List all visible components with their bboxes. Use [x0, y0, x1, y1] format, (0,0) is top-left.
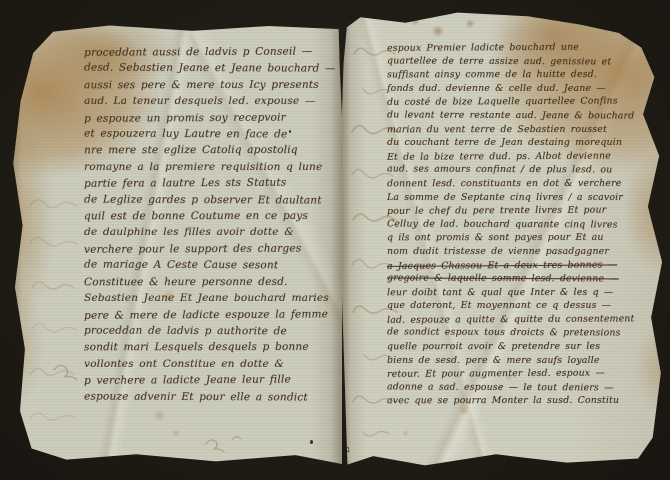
manuscript-page-left: proceddant aussi de ladvis p Conseil — d… — [10, 22, 342, 464]
handwritten-line: du costé de bize Laquelle quartellee Con… — [387, 95, 659, 110]
handwritten-line: sondit mari Lesquels desquels p bonne — [84, 339, 334, 356]
handwritten-line: p verchere a ladicte Jeane leur fille — [84, 371, 334, 389]
handwritten-line: avec que se pourra Monter la susd. Const… — [387, 394, 659, 408]
handwritten-line: aud. ses amours confinat / de plus lesd.… — [387, 163, 659, 178]
handwritten-line: et espouzera luy Lautre en face de — [84, 125, 334, 142]
handwritten-line: marian du vent terre de Sebastien rousse… — [387, 122, 659, 136]
handwritten-line: quelle pourroit avoir & pretendre sur le… — [387, 340, 659, 354]
handwritten-line: espouze advenir Et pour elle a sondict — [84, 388, 334, 405]
handwritten-line: Sebastien Jeane Et Jeane bouchard maries — [84, 290, 334, 306]
handwritten-line: nom dudit tristesse de vienne pasadgagne… — [387, 245, 659, 259]
handwritten-line: partie fera a lautre Les sts Statuts — [84, 174, 334, 192]
manuscript-scan-backdrop: proceddant aussi de ladvis p Conseil — d… — [0, 0, 670, 480]
handwritten-line: leur doibt tant & qual que Inter & les q… — [387, 285, 659, 299]
handwritten-line: q ils ont promis & sont payes pour Et au — [387, 231, 659, 245]
handwriting-right: espoux Premier ladicte bouchard une quar… — [387, 41, 659, 408]
handwritten-line: aussi ses pere & mere tous Icy presents — [84, 77, 334, 94]
handwritten-line: verchere pour le support des charges — [84, 240, 334, 258]
handwritten-line: retour. Et pour augmenter lesd. espoux — — [387, 366, 659, 381]
handwritten-line: La somme de Septante cinq livres / a sca… — [387, 191, 659, 205]
handwritten-line: espoux Premier ladicte bouchard une — [387, 40, 659, 55]
handwritten-line: pere & mere de ladicte espouze la femme — [84, 306, 334, 324]
handwritten-line: fonds dud. devienne & celle dud. Jeane — — [387, 82, 659, 96]
page-number-mark: 1 — [346, 446, 350, 454]
handwritten-line: adonne a sad. espouse — le tout deniers … — [387, 380, 659, 395]
handwritten-line: biens de sesd. pere & mere saufs loyalle — [387, 354, 659, 368]
handwritten-line: romayne a la premiere requisition q lune — [84, 159, 334, 175]
handwritten-line: proceddant aussi de ladvis p Conseil — — [84, 43, 334, 61]
handwritten-line: donnent lesd. constituants en dot & verc… — [387, 177, 659, 191]
ink-speck — [310, 440, 313, 444]
handwritten-line: Constituee & heure personne desd. — [84, 273, 334, 290]
handwritten-line: nre mere ste eglize Catoliq apostoliq — [84, 142, 334, 159]
handwritten-line: proceddan de ladvis p authorite de — [84, 322, 334, 339]
handwritten-line: du levant terre restante aud. Jeane & bo… — [387, 108, 659, 123]
handwritten-line: suffisant ainsy comme de la huitte desd. — [387, 68, 659, 82]
handwritten-line: quil est de bonne Coutume en ce pays — [84, 208, 334, 225]
handwritten-line: de mariage A Ceste Cause sesont — [84, 257, 334, 274]
handwritten-line-struck: gregoire & laquelle somme lesd. devienne… — [387, 272, 659, 287]
handwritten-line: du couchant terre de Jean destaing moreq… — [387, 136, 659, 150]
handwriting-left: proceddant aussi de ladvis p Conseil — d… — [84, 44, 334, 405]
handwritten-line: desd. Sebastien Jeane et Jeane bouchard … — [84, 60, 334, 77]
handwritten-line: de daulphine les filles avoir dotte & — [84, 224, 334, 240]
handwritten-line: que dateront, Et moyennant ce q dessus — — [387, 299, 659, 313]
handwritten-line: p espouze un promis soy recepvoir — [84, 109, 334, 127]
handwritten-line: vollontes ont Constitue en dotte & — [84, 356, 334, 372]
handwritten-line: pour le chef du pere trente livres Et po… — [387, 203, 659, 218]
manuscript-page-right: espoux Premier ladicte bouchard une quar… — [341, 8, 664, 470]
handwritten-line: de Leglize gardes p observer Et daultant — [84, 191, 334, 208]
handwritten-line: Celluy de lad. bouchard quarante cinq li… — [387, 217, 659, 232]
handwritten-line: de sondict espoux tous droicts & pretens… — [387, 326, 659, 341]
handwritten-line: quartellee de terre assize aud. genissie… — [387, 54, 659, 69]
handwritten-line: aud. La teneur desquels led. expouse — — [84, 93, 334, 109]
ink-speck — [289, 130, 291, 133]
